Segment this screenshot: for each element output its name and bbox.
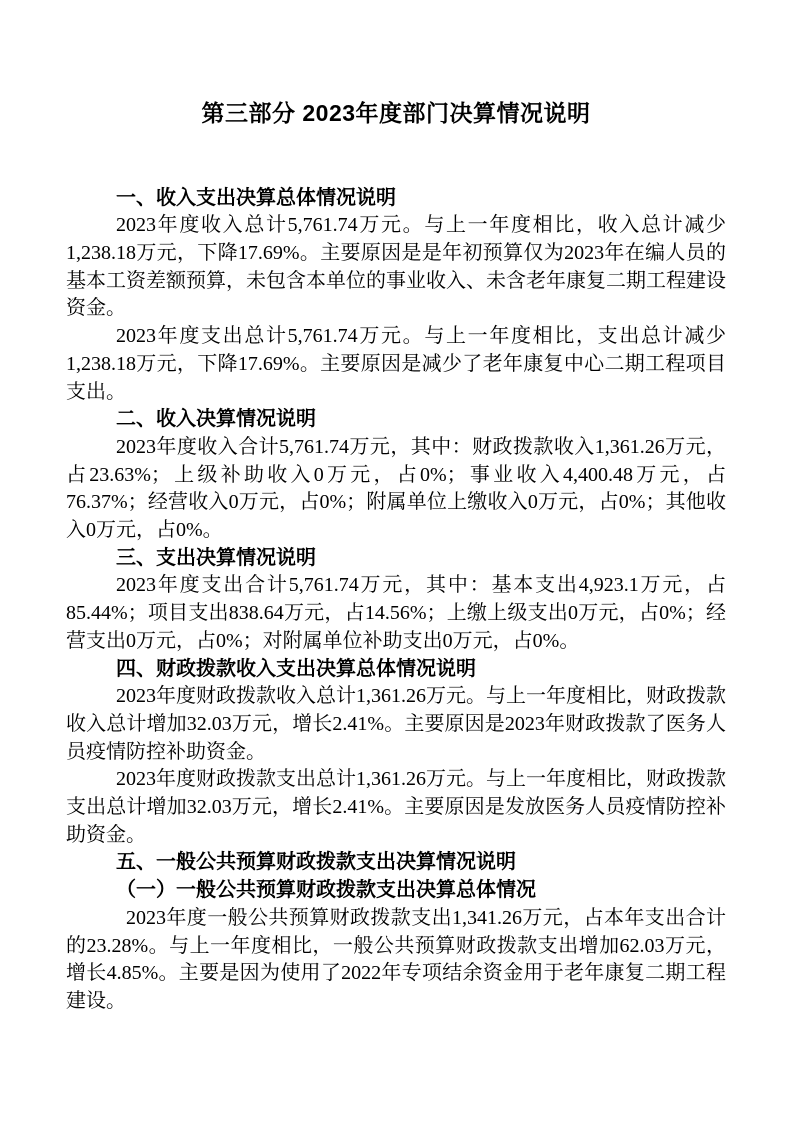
paragraph: 2023年度财政拨款收入总计1,361.26万元。与上一年度相比，财政拨款收入总… <box>66 683 726 766</box>
paragraph: 2023年度财政拨款支出总计1,361.26万元。与上一年度相比，财政拨款支出总… <box>66 766 726 849</box>
paragraph: 2023年度支出合计5,761.74万元，其中：基本支出4,923.1万元，占8… <box>66 572 726 655</box>
section-subheading: （一）一般公共预算财政拨款支出决算总体情况 <box>66 877 726 905</box>
document-page: 第三部分 2023年度部门决算情况说明 一、收入支出决算总体情况说明2023年度… <box>0 0 793 1122</box>
section-heading: 二、收入决算情况说明 <box>66 406 726 434</box>
document-title: 第三部分 2023年度部门决算情况说明 <box>66 100 726 128</box>
section-heading: 一、收入支出决算总体情况说明 <box>66 185 726 213</box>
paragraph: 2023年度一般公共预算财政拨款支出1,341.26万元，占本年支出合计的23.… <box>66 905 726 1016</box>
section-heading: 四、财政拨款收入支出决算总体情况说明 <box>66 656 726 684</box>
paragraph: 2023年度收入总计5,761.74万元。与上一年度相比，收入总计减少1,238… <box>66 212 726 323</box>
section-heading: 三、支出决算情况说明 <box>66 545 726 573</box>
document-body: 一、收入支出决算总体情况说明2023年度收入总计5,761.74万元。与上一年度… <box>66 185 726 1016</box>
section-heading: 五、一般公共预算财政拨款支出决算情况说明 <box>66 849 726 877</box>
paragraph: 2023年度支出总计5,761.74万元。与上一年度相比，支出总计减少1,238… <box>66 323 726 406</box>
paragraph: 2023年度收入合计5,761.74万元，其中：财政拨款收入1,361.26万元… <box>66 434 726 545</box>
